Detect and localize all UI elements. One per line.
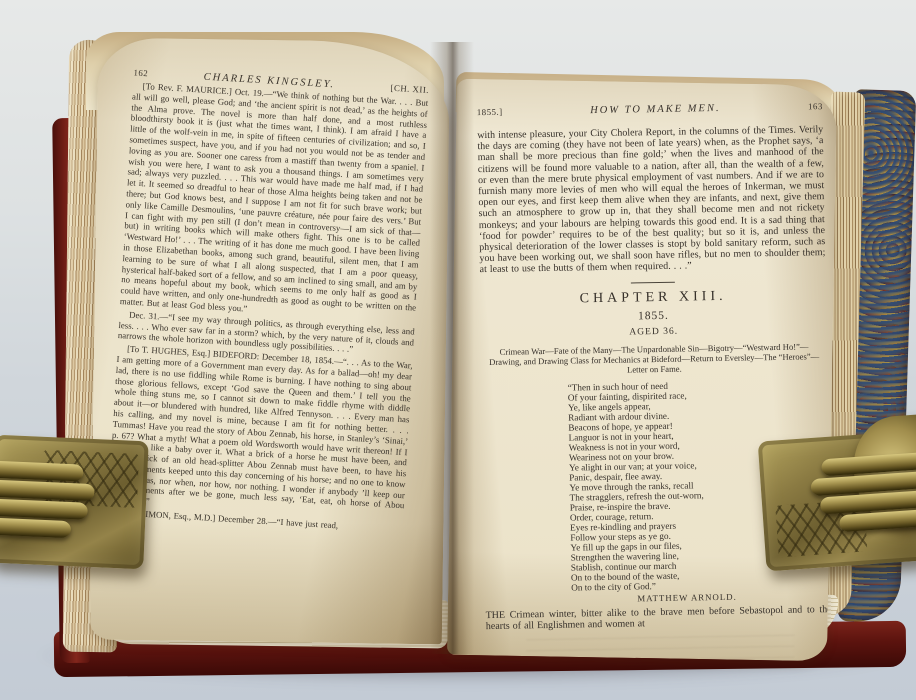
right-page-text: 1855.] HOW TO MAKE MEN. 163 with intense… bbox=[477, 101, 833, 661]
right-page-header: 1855.] HOW TO MAKE MEN. 163 bbox=[477, 101, 823, 118]
left-page: 162 CHARLES KINGSLEY. [CH. XII. [To Rev.… bbox=[90, 38, 450, 645]
left-page-text: 162 CHARLES KINGSLEY. [CH. XII. [To Rev.… bbox=[107, 67, 429, 535]
continuation-paragraph: with intense pleasure, your City Cholera… bbox=[477, 124, 825, 276]
left-page-paragraphs: [To Rev. F. MAURICE.] Oct. 19.—“We think… bbox=[107, 80, 428, 535]
brass-clasp-left bbox=[0, 435, 149, 570]
body-paragraph: [To Rev. F. MAURICE.] Oct. 19.—“We think… bbox=[120, 80, 429, 324]
right-year-marker: 1855.] bbox=[477, 107, 503, 117]
chapter-age: AGED 36. bbox=[481, 324, 827, 340]
gutter-shadow bbox=[430, 42, 474, 654]
right-page: 1855.] HOW TO MAKE MEN. 163 with intense… bbox=[447, 79, 837, 662]
poem-attribution: MATTHEW ARNOLD. bbox=[637, 590, 831, 603]
brass-clasp-right bbox=[758, 431, 916, 572]
body-paragraph: [To T. HUGHES, Esq.] BIDEFORD: December … bbox=[108, 343, 413, 522]
chapter-summary: Crimean War—Fate of the Many—The Unpardo… bbox=[487, 341, 821, 377]
closing-paragraph: THE Crimean winter, bitter alike to the … bbox=[486, 604, 832, 632]
chapter-heading: CHAPTER XIII. bbox=[480, 287, 826, 309]
right-running-title: HOW TO MAKE MEN. bbox=[503, 101, 809, 117]
left-chapter-ref: [CH. XII. bbox=[390, 83, 429, 95]
right-page-number: 163 bbox=[808, 101, 823, 111]
photo-background: 162 CHARLES KINGSLEY. [CH. XII. [To Rev.… bbox=[0, 0, 916, 700]
open-book: 162 CHARLES KINGSLEY. [CH. XII. [To Rev.… bbox=[0, 0, 916, 700]
left-page-number: 162 bbox=[133, 67, 148, 78]
chapter-year: 1855. bbox=[480, 307, 826, 325]
section-divider bbox=[631, 281, 675, 283]
